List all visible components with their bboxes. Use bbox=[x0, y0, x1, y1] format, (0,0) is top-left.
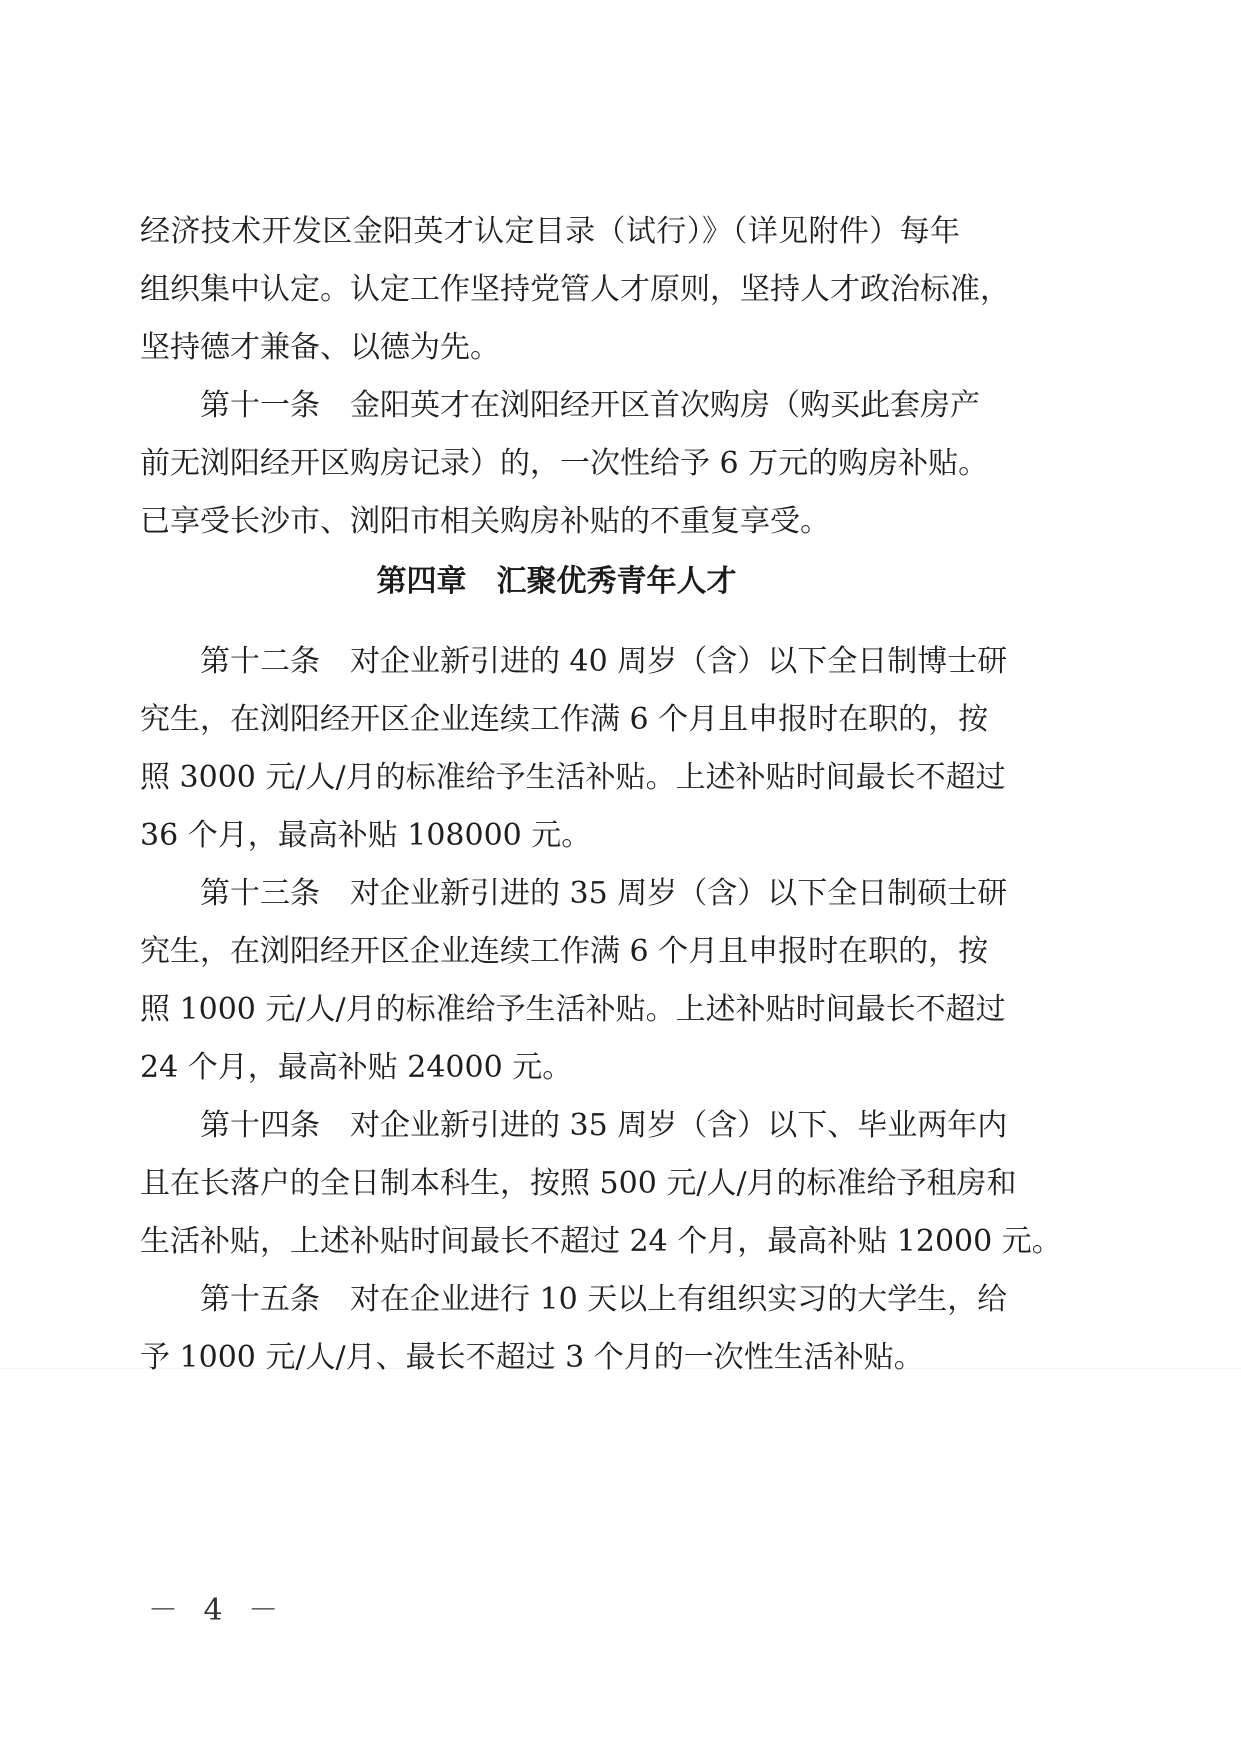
article-label: 第十五条 bbox=[200, 1282, 320, 1317]
paragraph-line: 24 个月，最高补贴 24000 元。 bbox=[140, 1039, 960, 1097]
article-text: 金阳英才在浏阳经开区首次购房（购买此套房产 bbox=[350, 388, 980, 423]
paragraph-line: 36 个月，最高补贴 108000 元。 bbox=[140, 807, 960, 865]
chapter-heading: 第四章 汇聚优秀青年人才 bbox=[0, 553, 1241, 611]
paragraph-line: 究生，在浏阳经开区企业连续工作满 6 个月且申报时在职的，按 bbox=[140, 691, 960, 749]
article-text: 对在企业进行 10 天以上有组织实习的大学生，给 bbox=[350, 1282, 1007, 1317]
paragraph-line: 照 3000 元/人/月的标准给予生活补贴。上述补贴时间最长不超过 bbox=[140, 749, 960, 807]
paragraph-line: 已享受长沙市、浏阳市相关购房补贴的不重复享受。 bbox=[140, 493, 960, 551]
article-text: 对企业新引进的 40 周岁（含）以下全日制博士研 bbox=[350, 644, 1007, 679]
article-14-first-line: 第十四条对企业新引进的 35 周岁（含）以下、毕业两年内 bbox=[200, 1097, 960, 1155]
article-label: 第十一条 bbox=[200, 388, 320, 423]
paragraph-line: 前无浏阳经开区购房记录）的，一次性给予 6 万元的购房补贴。 bbox=[140, 435, 960, 493]
paragraph-line: 坚持德才兼备、以德为先。 bbox=[140, 319, 960, 377]
page-number: － 4 － bbox=[148, 1585, 286, 1629]
article-label: 第十三条 bbox=[200, 876, 320, 911]
chapter-heading-text: 第四章 汇聚优秀青年人才 bbox=[377, 564, 737, 599]
paragraph-line: 经济技术开发区金阳英才认定目录（试行）》（详见附件）每年 bbox=[140, 203, 960, 261]
paragraph-line: 予 1000 元/人/月、最长不超过 3 个月的一次性生活补贴。 bbox=[140, 1329, 960, 1387]
article-15-first-line: 第十五条对在企业进行 10 天以上有组织实习的大学生，给 bbox=[200, 1271, 960, 1329]
paragraph-line: 究生，在浏阳经开区企业连续工作满 6 个月且申报时在职的，按 bbox=[140, 923, 960, 981]
paragraph-line: 生活补贴，上述补贴时间最长不超过 24 个月，最高补贴 12000 元。 bbox=[140, 1213, 960, 1271]
article-11-first-line: 第十一条金阳英才在浏阳经开区首次购房（购买此套房产 bbox=[200, 377, 960, 435]
scan-artifact-line bbox=[0, 1368, 1241, 1369]
paragraph-line: 组织集中认定。认定工作坚持党管人才原则，坚持人才政治标准， bbox=[140, 261, 960, 319]
document-page: 经济技术开发区金阳英才认定目录（试行）》（详见附件）每年 组织集中认定。认定工作… bbox=[0, 0, 1241, 1754]
article-text: 对企业新引进的 35 周岁（含）以下全日制硕士研 bbox=[350, 876, 1007, 911]
paragraph-line: 照 1000 元/人/月的标准给予生活补贴。上述补贴时间最长不超过 bbox=[140, 981, 960, 1039]
paragraph-line: 且在长落户的全日制本科生，按照 500 元/人/月的标准给予租房和 bbox=[140, 1155, 960, 1213]
article-label: 第十二条 bbox=[200, 644, 320, 679]
article-12-first-line: 第十二条对企业新引进的 40 周岁（含）以下全日制博士研 bbox=[200, 633, 960, 691]
article-label: 第十四条 bbox=[200, 1108, 320, 1143]
article-text: 对企业新引进的 35 周岁（含）以下、毕业两年内 bbox=[350, 1108, 1007, 1143]
article-13-first-line: 第十三条对企业新引进的 35 周岁（含）以下全日制硕士研 bbox=[200, 865, 960, 923]
